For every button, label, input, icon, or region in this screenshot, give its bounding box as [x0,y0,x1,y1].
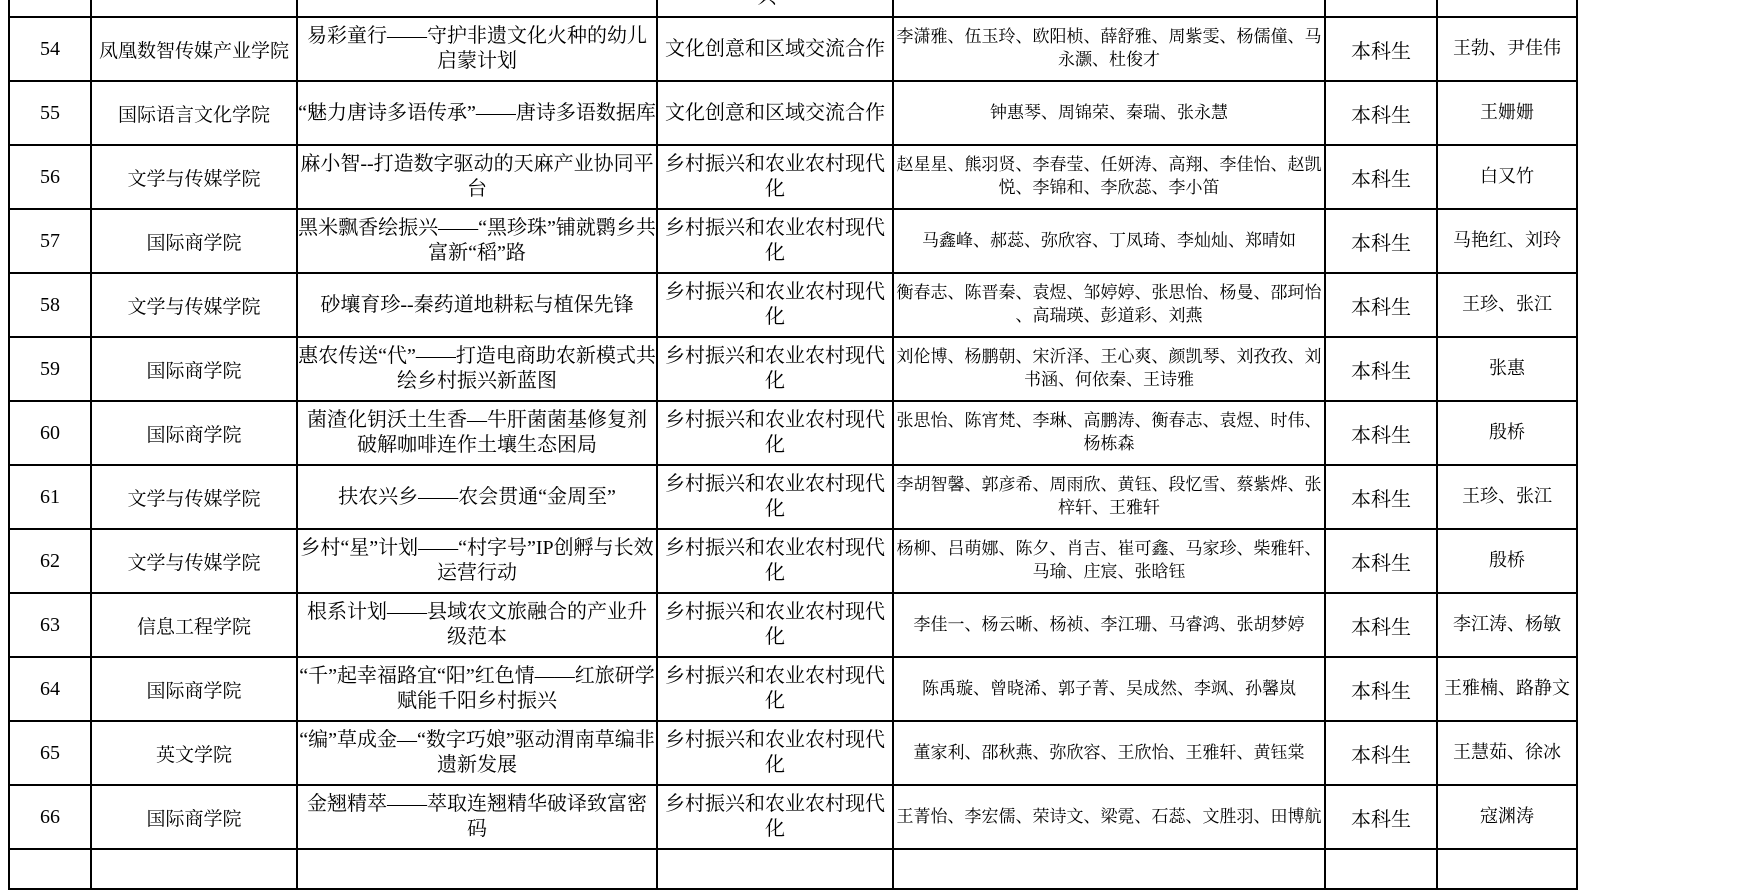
college-cell: 国际语言文化学院 [91,81,297,145]
team-members-cell: 董家利、邵秋燕、弥欣容、王欣怡、王雅轩、黄钰棠 [893,721,1325,785]
college-cell: 凤凰数智传媒产业学院 [91,17,297,81]
partial-cell [1325,849,1437,856]
college-cell: 国际商学院 [91,209,297,273]
category-cell: 乡村振兴和农业农村现代化 [657,401,893,465]
table-row: 60 国际商学院 菌渣化钥沃土生香—牛肝菌菌基修复剂破解咖啡连作土壤生态困局 乡… [9,401,1577,465]
advisors-cell: 王慧茹、徐冰 [1437,721,1577,785]
team-members-cell: 李潇雅、伍玉玲、欧阳桢、薛舒雅、周紫雯、杨儒僮、马永灏、杜俊才 [893,17,1325,81]
advisors-cell: 李江涛、杨敏 [1437,593,1577,657]
team-members-cell: 陈禹璇、曾晓浠、郭子菁、吴成然、李飒、孙馨岚 [893,657,1325,721]
clipped-text-fragment: 共 [658,0,892,16]
table-row: 64 国际商学院 “千”起幸福路宜“阳”红色情——红旅研学赋能千阳乡村振兴 乡村… [9,657,1577,721]
partial-cell [297,849,657,856]
table-row: 57 国际商学院 黑米飘香绘振兴——“黑珍珠”铺就鹮乡共富新“稻”路 乡村振兴和… [9,209,1577,273]
table-row: 58 文学与传媒学院 砂壤育珍--秦药道地耕耘与植保先锋 乡村振兴和农业农村现代… [9,273,1577,337]
table-row: 65 英文学院 “编”草成金—“数字巧娘”驱动渭南草编非遗新发展 乡村振兴和农业… [9,721,1577,785]
project-title-cell: 黑米飘香绘振兴——“黑珍珠”铺就鹮乡共富新“稻”路 [297,209,657,273]
row-number-cell: 57 [9,209,91,273]
partial-cell [1437,849,1577,856]
advisors-cell: 张惠 [1437,337,1577,401]
table-row: 55 国际语言文化学院 “魅力唐诗多语传承”——唐诗多语数据库 文化创意和区域交… [9,81,1577,145]
team-members-cell: 张思怡、陈宵梵、李琳、高鹏涛、衡春志、袁煜、时伟、杨栋森 [893,401,1325,465]
row-number-cell: 63 [9,593,91,657]
project-title-cell: 乡村“星”计划——“村字号”IP创孵与长效运营行动 [297,529,657,593]
student-level-cell: 本科生 [1325,337,1437,401]
team-members-cell: 杨柳、吕萌娜、陈夕、肖吉、崔可鑫、马家珍、柴雅轩、马瑜、庄宸、张晗钰 [893,529,1325,593]
project-title-cell: 根系计划——县域农文旅融合的产业升级范本 [297,593,657,657]
table-row: 61 文学与传媒学院 扶农兴乡——农会贯通“金周至” 乡村振兴和农业农村现代化 … [9,465,1577,529]
college-cell: 英文学院 [91,721,297,785]
advisors-cell: 白又竹 [1437,145,1577,209]
team-members-cell: 衡春志、陈晋秦、袁煜、邹婷婷、张思怡、杨曼、邵珂怡、高瑞瑛、彭道彩、刘燕 [893,273,1325,337]
projects-table-container: 共 54 凤凰数智传媒产业学院 易彩童行——守护非遗文化火种的幼儿启蒙计划 文化… [8,0,1562,856]
student-level-cell: 本科生 [1325,273,1437,337]
partial-cell [893,0,1325,17]
student-level-cell: 本科生 [1325,657,1437,721]
advisors-cell: 王珍、张江 [1437,273,1577,337]
row-number-cell: 58 [9,273,91,337]
row-number-cell: 62 [9,529,91,593]
partial-cell [91,0,297,17]
college-cell: 文学与传媒学院 [91,273,297,337]
team-members-cell: 李佳一、杨云晰、杨祯、李江珊、马睿鸿、张胡梦婷 [893,593,1325,657]
row-number-cell: 55 [9,81,91,145]
table-row: 62 文学与传媒学院 乡村“星”计划——“村字号”IP创孵与长效运营行动 乡村振… [9,529,1577,593]
category-cell: 乡村振兴和农业农村现代化 [657,785,893,849]
category-cell: 乡村振兴和农业农村现代化 [657,529,893,593]
student-level-cell: 本科生 [1325,81,1437,145]
partial-cell [893,849,1325,856]
advisors-cell: 王勃、尹佳伟 [1437,17,1577,81]
table-row: 54 凤凰数智传媒产业学院 易彩童行——守护非遗文化火种的幼儿启蒙计划 文化创意… [9,17,1577,81]
advisors-cell: 殷桥 [1437,401,1577,465]
table-row: 56 文学与传媒学院 麻小智--打造数字驱动的天麻产业协同平台 乡村振兴和农业农… [9,145,1577,209]
student-level-cell: 本科生 [1325,465,1437,529]
project-title-cell: 麻小智--打造数字驱动的天麻产业协同平台 [297,145,657,209]
category-cell: 文化创意和区域交流合作 [657,17,893,81]
project-title-cell: “千”起幸福路宜“阳”红色情——红旅研学赋能千阳乡村振兴 [297,657,657,721]
row-number-cell: 59 [9,337,91,401]
partial-cell [1325,0,1437,17]
college-cell: 国际商学院 [91,401,297,465]
category-cell: 乡村振兴和农业农村现代化 [657,337,893,401]
row-number-cell: 61 [9,465,91,529]
partial-row-bottom [9,849,1577,856]
row-number-cell: 64 [9,657,91,721]
partial-cell [1437,0,1577,17]
row-number-cell: 60 [9,401,91,465]
college-cell: 文学与传媒学院 [91,529,297,593]
college-cell: 信息工程学院 [91,593,297,657]
row-number-cell: 66 [9,785,91,849]
partial-row-top: 共 [9,0,1577,17]
advisors-cell: 寇渊涛 [1437,785,1577,849]
row-number-cell: 54 [9,17,91,81]
team-members-cell: 刘伦博、杨鹏朝、宋沂泽、王心爽、颜凯琴、刘孜孜、刘书涵、何依秦、王诗雅 [893,337,1325,401]
project-title-cell: 惠农传送“代”——打造电商助农新模式共绘乡村振兴新蓝图 [297,337,657,401]
student-level-cell: 本科生 [1325,785,1437,849]
team-members-cell: 钟惠琴、周锦荣、秦瑞、张永慧 [893,81,1325,145]
student-level-cell: 本科生 [1325,17,1437,81]
partial-cell [91,849,297,856]
category-cell: 乡村振兴和农业农村现代化 [657,209,893,273]
projects-table: 共 54 凤凰数智传媒产业学院 易彩童行——守护非遗文化火种的幼儿启蒙计划 文化… [8,0,1578,856]
category-cell: 文化创意和区域交流合作 [657,81,893,145]
student-level-cell: 本科生 [1325,721,1437,785]
table-row: 59 国际商学院 惠农传送“代”——打造电商助农新模式共绘乡村振兴新蓝图 乡村振… [9,337,1577,401]
category-cell: 乡村振兴和农业农村现代化 [657,273,893,337]
project-title-cell: 菌渣化钥沃土生香—牛肝菌菌基修复剂破解咖啡连作土壤生态困局 [297,401,657,465]
team-members-cell: 李胡智馨、郭彦希、周雨欣、黄钰、段忆雪、蔡紫烨、张梓轩、王雅轩 [893,465,1325,529]
project-title-cell: 扶农兴乡——农会贯通“金周至” [297,465,657,529]
category-cell: 乡村振兴和农业农村现代化 [657,721,893,785]
partial-cell [9,0,91,17]
student-level-cell: 本科生 [1325,145,1437,209]
row-number-cell: 56 [9,145,91,209]
advisors-cell: 殷桥 [1437,529,1577,593]
partial-cell [297,0,657,17]
team-members-cell: 马鑫峰、郝蕊、弥欣容、丁凤琦、李灿灿、郑晴如 [893,209,1325,273]
advisors-cell: 马艳红、刘玲 [1437,209,1577,273]
college-cell: 国际商学院 [91,785,297,849]
team-members-cell: 赵星星、熊羽贤、李春莹、任妍涛、高翔、李佳怡、赵凯悦、李锦和、李欣蕊、李小笛 [893,145,1325,209]
category-cell: 乡村振兴和农业农村现代化 [657,657,893,721]
project-title-cell: “魅力唐诗多语传承”——唐诗多语数据库 [297,81,657,145]
college-cell: 国际商学院 [91,337,297,401]
table-row: 63 信息工程学院 根系计划——县域农文旅融合的产业升级范本 乡村振兴和农业农村… [9,593,1577,657]
category-cell: 乡村振兴和农业农村现代化 [657,593,893,657]
partial-cell [9,849,91,856]
project-title-cell: 易彩童行——守护非遗文化火种的幼儿启蒙计划 [297,17,657,81]
partial-cell: 共 [657,0,893,17]
row-number-cell: 65 [9,721,91,785]
advisors-cell: 王雅楠、路静文 [1437,657,1577,721]
student-level-cell: 本科生 [1325,529,1437,593]
project-title-cell: “编”草成金—“数字巧娘”驱动渭南草编非遗新发展 [297,721,657,785]
student-level-cell: 本科生 [1325,401,1437,465]
table-row: 66 国际商学院 金翘精萃——萃取连翘精华破译致富密码 乡村振兴和农业农村现代化… [9,785,1577,849]
partial-cell [657,849,893,856]
advisors-cell: 王姗姗 [1437,81,1577,145]
student-level-cell: 本科生 [1325,593,1437,657]
advisors-cell: 王珍、张江 [1437,465,1577,529]
team-members-cell: 王菁怡、李宏儒、荣诗文、梁霓、石蕊、文胜羽、田博航 [893,785,1325,849]
category-cell: 乡村振兴和农业农村现代化 [657,145,893,209]
college-cell: 文学与传媒学院 [91,465,297,529]
student-level-cell: 本科生 [1325,209,1437,273]
project-title-cell: 砂壤育珍--秦药道地耕耘与植保先锋 [297,273,657,337]
college-cell: 文学与传媒学院 [91,145,297,209]
project-title-cell: 金翘精萃——萃取连翘精华破译致富密码 [297,785,657,849]
college-cell: 国际商学院 [91,657,297,721]
category-cell: 乡村振兴和农业农村现代化 [657,465,893,529]
